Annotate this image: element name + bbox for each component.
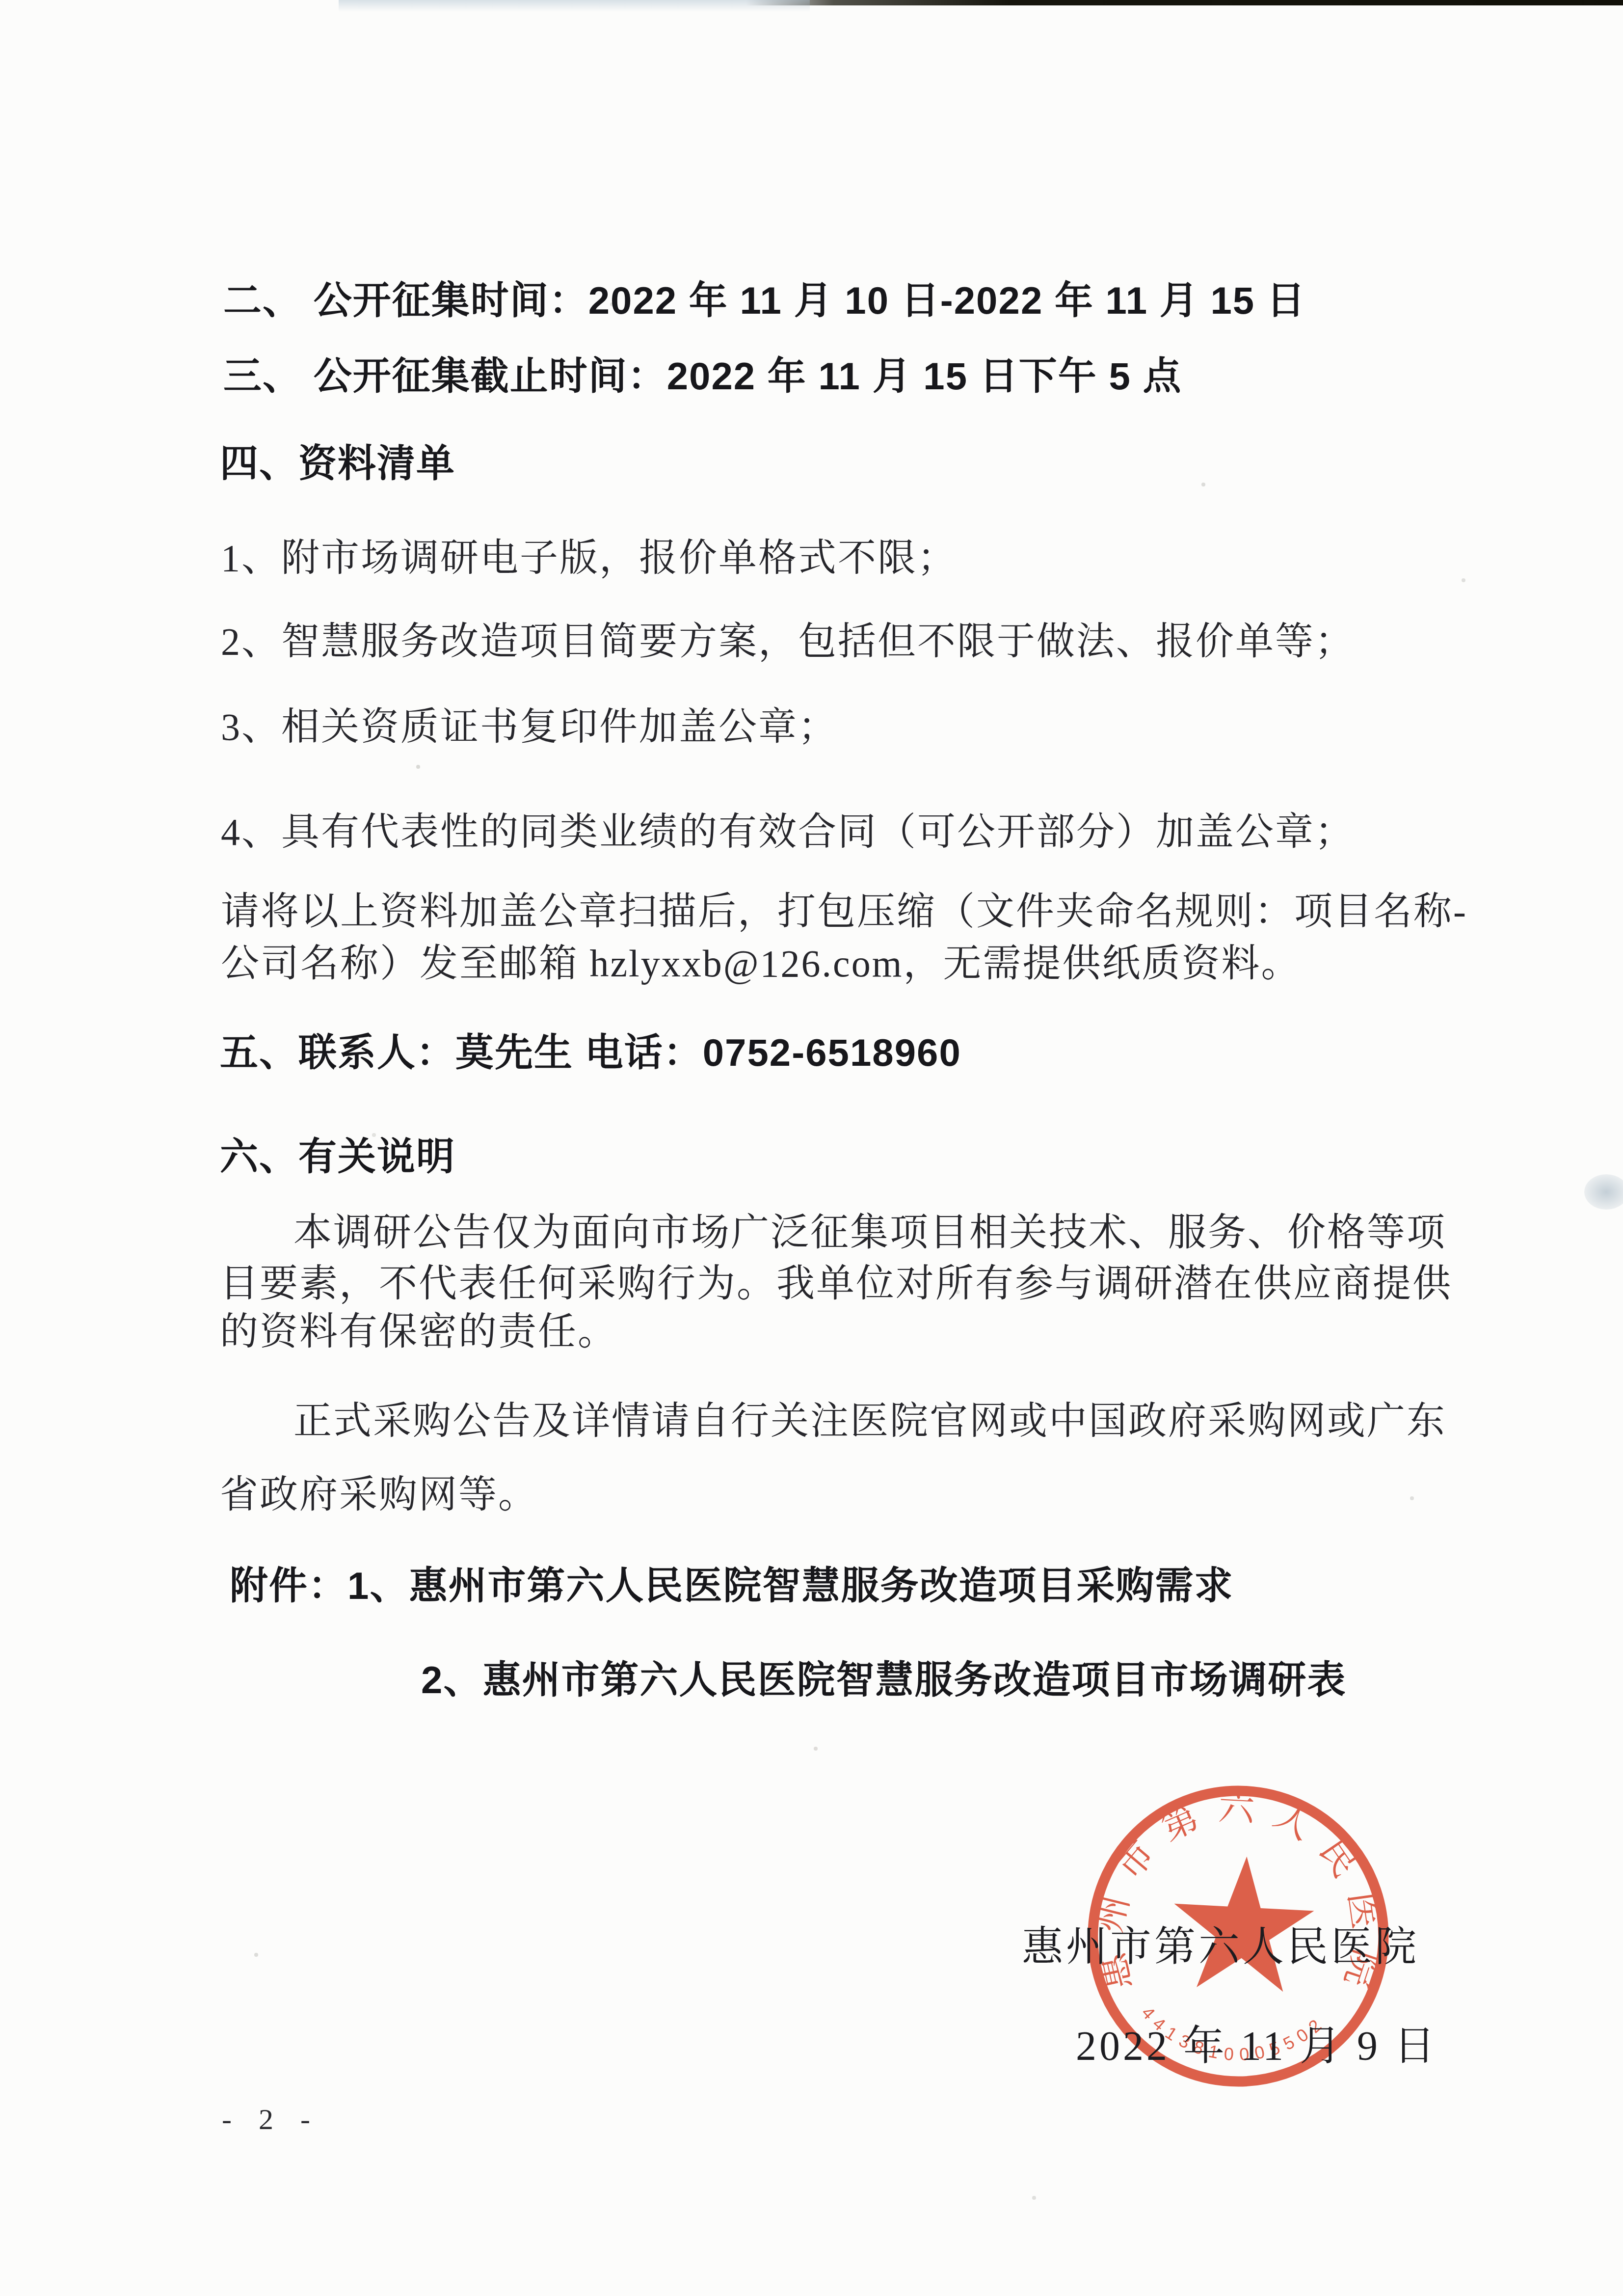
paragraph-note1-line-1: 本调研公告仅为面向市场广泛征集项目相关技术、服务、价格等项 (293, 1211, 1446, 1255)
scan-edge-artifact-top (746, 0, 1623, 5)
scan-speckles (0, 0, 2, 2)
attachment-line-2: 2、惠州市第六人民医院智慧服务改造项目市场调研表 (421, 1658, 1346, 1702)
paragraph-note1-line-3: 的资料有保密的责任。 (220, 1310, 617, 1354)
attachment-line-1: 附件：1、惠州市第六人民医院智慧服务改造项目采购需求 (230, 1564, 1233, 1608)
section-heading-5: 五、联系人：莫先生 电话：0752-6518960 (220, 1031, 961, 1075)
list-item-3: 3、相关资质证书复印件加盖公章； (221, 705, 838, 749)
scanned-document-page: 二、 公开征集时间：2022 年 11 月 10 日-2022 年 11 月 1… (0, 0, 1623, 2296)
signature-organization: 惠州市第六人民医院 (1022, 1914, 1419, 1973)
scan-smudge-top (339, 0, 810, 12)
paragraph-note1-line-2: 目要素，不代表任何采购行为。我单位对所有参与调研潜在供应商提供 (220, 1262, 1452, 1306)
section-heading-4: 四、资料清单 (220, 442, 455, 486)
paragraph-note2-line-2: 省政府采购网等。 (220, 1473, 538, 1517)
paragraph-mail-line-2: 公司名称）发至邮箱 hzlyxxb@126.com，无需提供纸质资料。 (221, 942, 1301, 986)
page-number: - 2 - (222, 2103, 320, 2136)
paragraph-note2-line-1: 正式采购公告及详情请自行关注医院官网或中国政府采购网或广东 (293, 1399, 1446, 1443)
scan-smudge-right (1584, 1174, 1623, 1210)
section-heading-3: 三、 公开征集截止时间：2022 年 11 月 15 日下午 5 点 (223, 354, 1182, 399)
signature-date: 2022 年 11 月 9 日 (1076, 2013, 1438, 2072)
list-item-1: 1、附市场调研电子版，报价单格式不限； (221, 536, 957, 580)
section-heading-6: 六、有关说明 (220, 1135, 455, 1179)
paragraph-mail-line-1: 请将以上资料加盖公章扫描后，打包压缩（文件夹命名规则：项目名称- (221, 890, 1467, 934)
list-item-4: 4、具有代表性的同类业绩的有效合同（可公开部分）加盖公章； (221, 810, 1355, 854)
list-item-2: 2、智慧服务改造项目简要方案，包括但不限于做法、报价单等； (221, 620, 1355, 664)
section-heading-2: 二、 公开征集时间：2022 年 11 月 10 日-2022 年 11 月 1… (223, 279, 1306, 323)
